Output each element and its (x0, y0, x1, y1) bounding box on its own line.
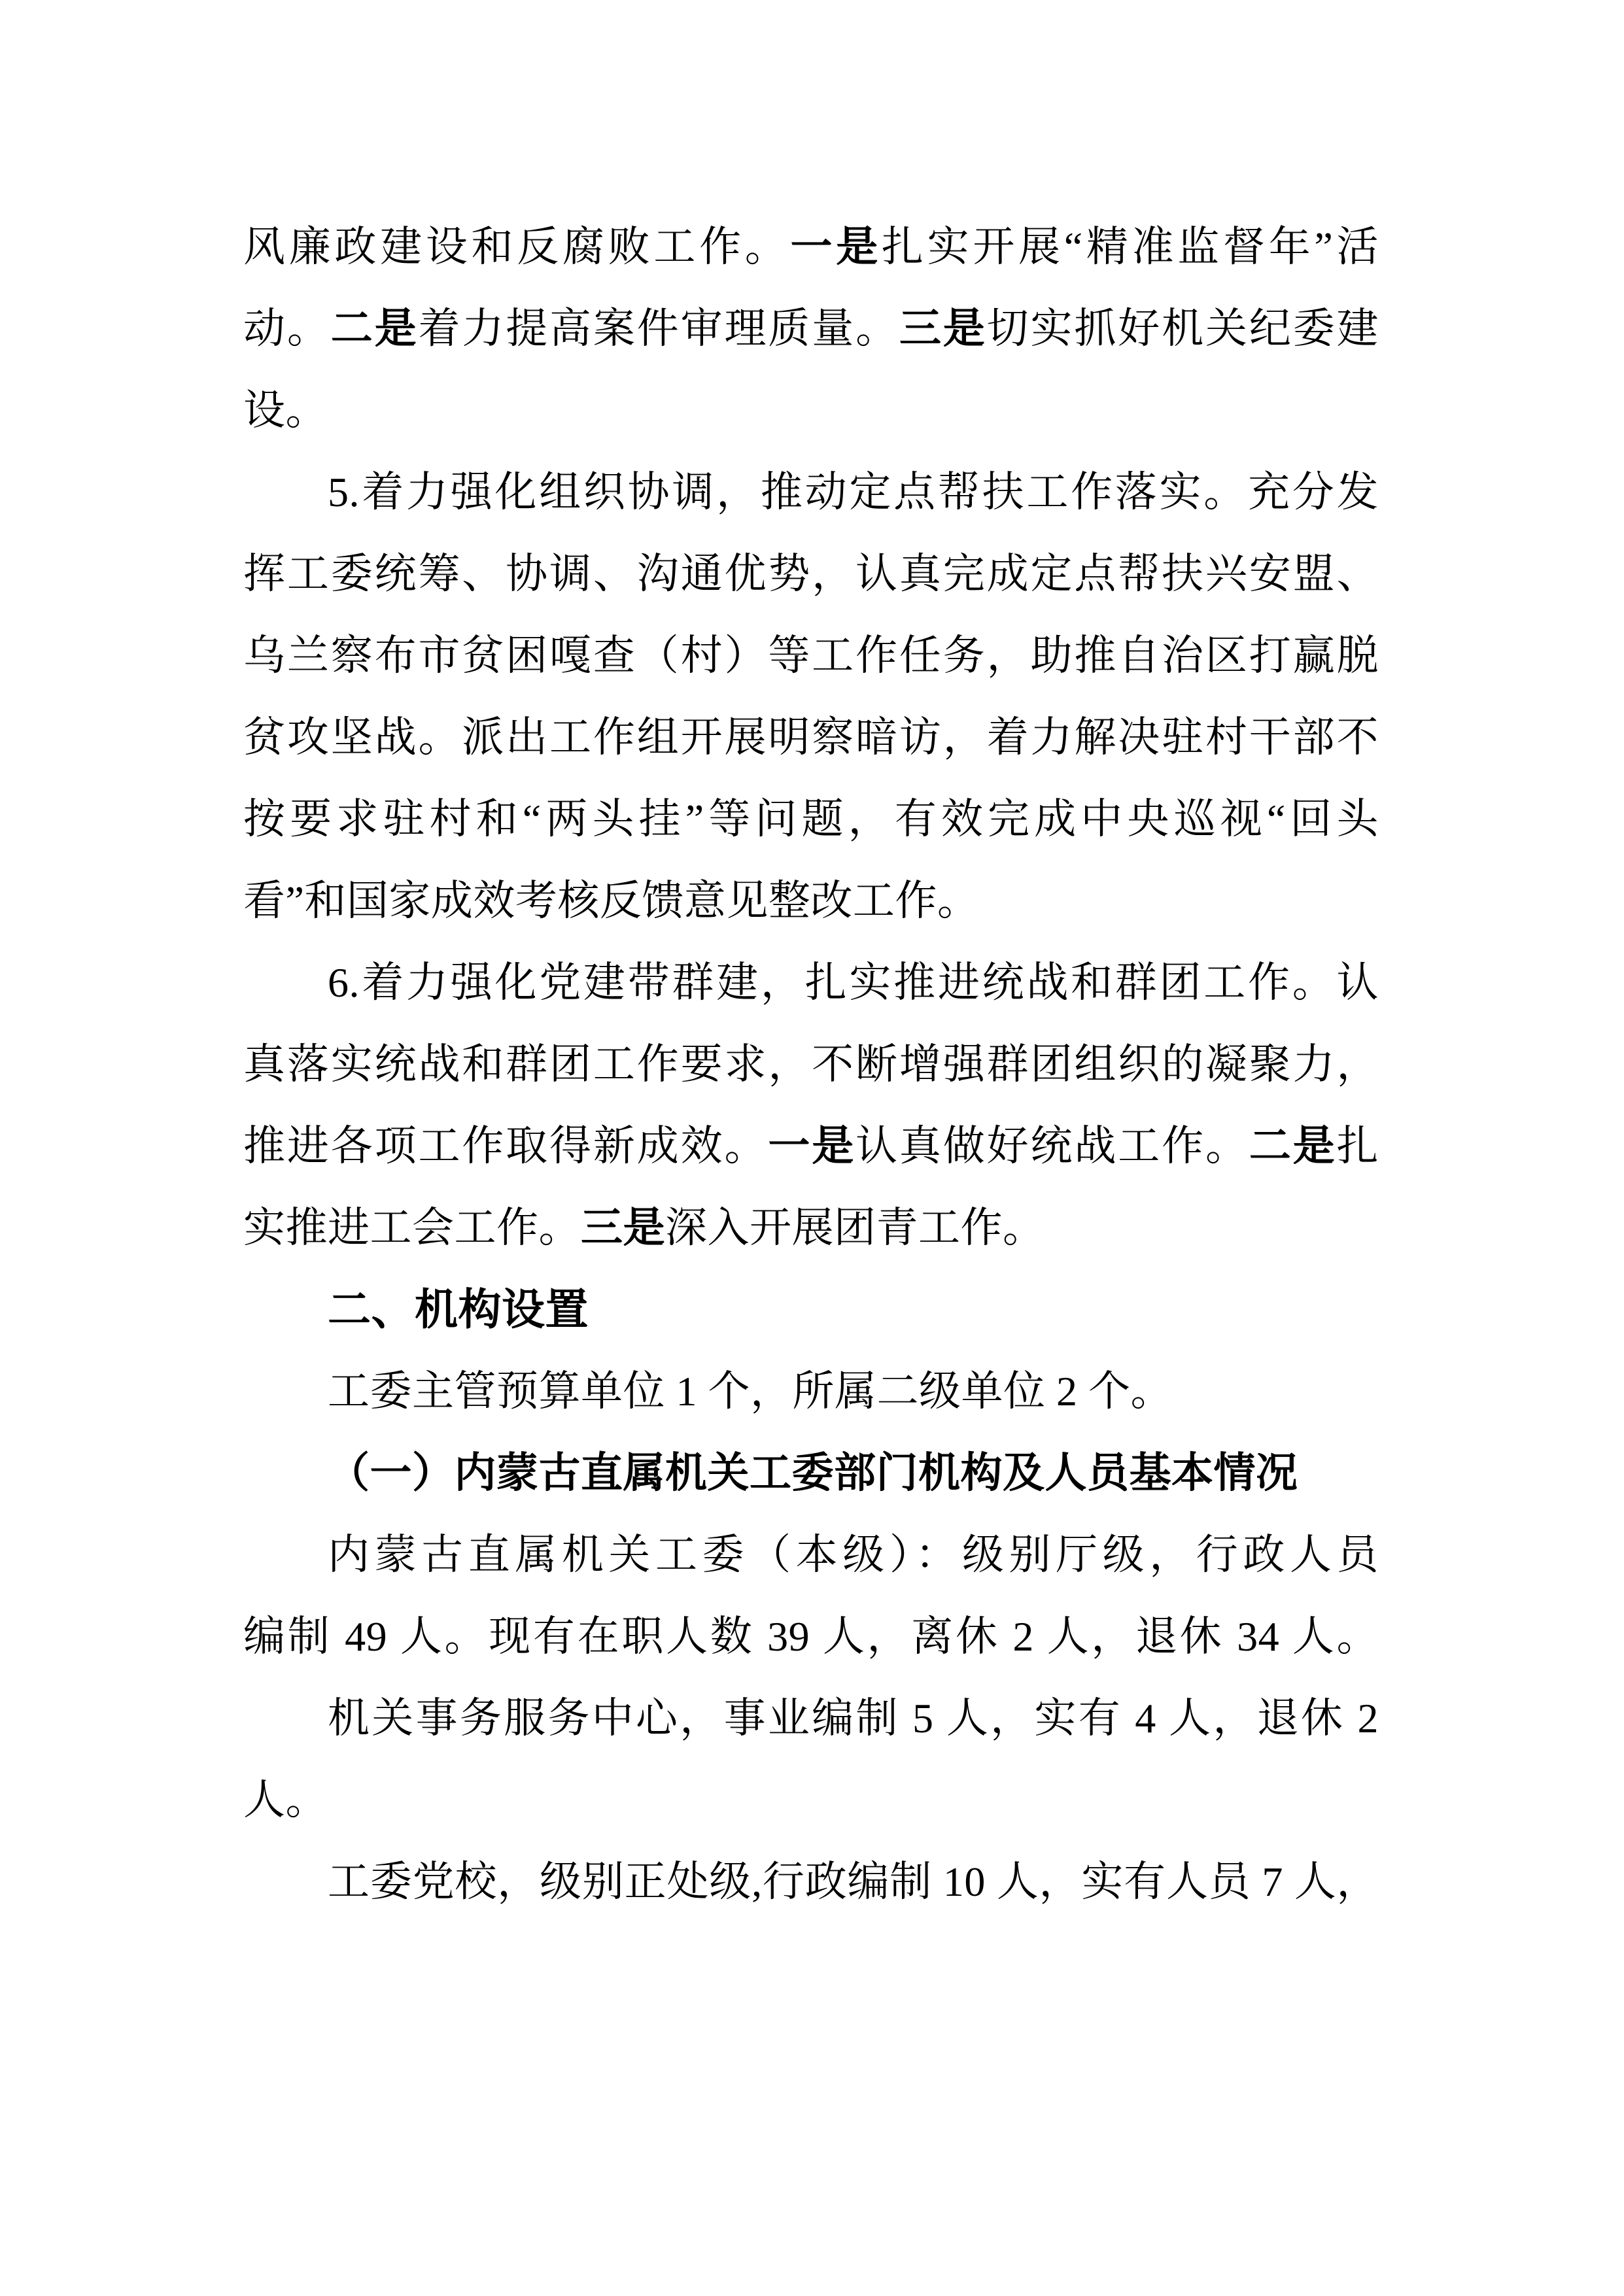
text-run: 机关事务服务中心，事业编制 5 人，实有 4 人，退休 2 (328, 1695, 1379, 1741)
text-run: 5.着力强化组织协调，推动定点帮扶工作落实。充分发 (328, 469, 1379, 515)
emphasis-run: 二是 (1249, 1122, 1337, 1169)
text-line: 实推进工会工作。三是深入开展团青工作。 (243, 1187, 1379, 1269)
document-page: { "page": { "background": "#ffffff", "te… (0, 0, 1624, 2296)
text-line: 风廉政建设和反腐败工作。一是扎实开展“精准监督年”活 (243, 206, 1379, 288)
text-run: 人。 (243, 1777, 328, 1823)
text-line: 真落实统战和群团工作要求，不断增强群团组织的凝聚力， (243, 1023, 1379, 1105)
paragraph-service-center: 机关事务服务中心，事业编制 5 人，实有 4 人，退休 2人。 (243, 1677, 1379, 1841)
text-line: 按要求驻村和“两头挂”等问题，有效完成中央巡视“回头 (243, 778, 1379, 860)
text-line: 6.着力强化党建带群建，扎实推进统战和群团工作。认 (243, 942, 1379, 1023)
text-run: 切实抓好机关纪委建 (987, 305, 1379, 352)
text-run: 扎 (1337, 1123, 1379, 1169)
text-line: 人。 (243, 1759, 1379, 1841)
text-run: 工委党校，级别正处级,行政编制 10 人，实有人员 7 人， (328, 1859, 1379, 1905)
section-heading-2: 二、机构设置 (243, 1269, 1379, 1350)
paragraph-6: 6.着力强化党建带群建，扎实推进统战和群团工作。认真落实统战和群团工作要求，不断… (243, 942, 1379, 1269)
text-run: 风廉政建设和反腐败工作。 (243, 224, 791, 270)
text-run: 挥工委统筹、协调、沟通优势，认真完成定点帮扶兴安盟、 (243, 551, 1379, 597)
text-run: 贫攻坚战。派出工作组开展明察暗访，着力解决驻村干部不 (243, 714, 1379, 761)
paragraph-5: 5.着力强化组织协调，推动定点帮扶工作落实。充分发挥工委统筹、协调、沟通优势，认… (243, 451, 1379, 942)
text-run: 6.着力强化党建带群建，扎实推进统战和群团工作。认 (328, 959, 1379, 1006)
text-run: 实推进工会工作。 (243, 1205, 581, 1251)
text-line: 看”和国家成效考核反馈意见整改工作。 (243, 860, 1379, 942)
text-run: 动。 (243, 305, 331, 352)
text-run: 扎实开展“精准监督年”活 (882, 224, 1379, 270)
text-line: 机关事务服务中心，事业编制 5 人，实有 4 人，退休 2 (243, 1677, 1379, 1759)
text-run: 设。 (243, 387, 328, 434)
text-run: 按要求驻村和“两头挂”等问题，有效完成中央巡视“回头 (243, 796, 1379, 842)
text-line: 动。二是着力提高案件审理质量。三是切实抓好机关纪委建 (243, 288, 1379, 369)
text-run: 着力提高案件审理质量。 (418, 305, 899, 352)
paragraph-party-school: 工委党校，级别正处级,行政编制 10 人，实有人员 7 人， (243, 1841, 1379, 1923)
paragraph-gongwei-benji: 内蒙古直属机关工委（本级）：级别厅级，行政人员编制 49 人。现有在职人数 39… (243, 1514, 1379, 1677)
emphasis-run: 三是 (581, 1204, 665, 1251)
text-line: 工委主管预算单位 1 个，所属二级单位 2 个。 (243, 1350, 1379, 1432)
text-run: 认真做好统战工作。 (855, 1123, 1249, 1169)
paragraph-org-overview: 工委主管预算单位 1 个，所属二级单位 2 个。 (243, 1350, 1379, 1432)
page-background: 风廉政建设和反腐败工作。一是扎实开展“精准监督年”活动。二是着力提高案件审理质量… (0, 0, 1624, 2296)
text-line: 二、机构设置 (243, 1269, 1379, 1350)
text-run: 二、机构设置 (328, 1285, 589, 1333)
document-content: 风廉政建设和反腐败工作。一是扎实开展“精准监督年”活动。二是着力提高案件审理质量… (243, 206, 1379, 1923)
subsection-heading-1: （一）内蒙古直属机关工委部门机构及人员基本情况 (243, 1432, 1379, 1514)
paragraph-continued-4: 风廉政建设和反腐败工作。一是扎实开展“精准监督年”活动。二是着力提高案件审理质量… (243, 206, 1379, 451)
text-run: 深入开展团青工作。 (665, 1205, 1045, 1251)
text-run: 内蒙古直属机关工委（本级）：级别厅级，行政人员 (328, 1532, 1379, 1578)
text-line: 工委党校，级别正处级,行政编制 10 人，实有人员 7 人， (243, 1841, 1379, 1923)
text-run: 看”和国家成效考核反馈意见整改工作。 (243, 878, 979, 924)
emphasis-run: 一是 (768, 1122, 855, 1169)
text-run: 真落实统战和群团工作要求，不断增强群团组织的凝聚力， (243, 1041, 1379, 1088)
text-line: 推进各项工作取得新成效。一是认真做好统战工作。二是扎 (243, 1105, 1379, 1187)
text-line: 编制 49 人。现有在职人数 39 人，离休 2 人，退休 34 人。 (243, 1596, 1379, 1677)
text-line: 5.着力强化组织协调，推动定点帮扶工作落实。充分发 (243, 451, 1379, 533)
text-line: 乌兰察布市贫困嘎查（村）等工作任务，助推自治区打赢脱 (243, 615, 1379, 696)
text-line: 挥工委统筹、协调、沟通优势，认真完成定点帮扶兴安盟、 (243, 533, 1379, 615)
emphasis-run: 一是 (791, 223, 882, 270)
text-line: （一）内蒙古直属机关工委部门机构及人员基本情况 (243, 1432, 1379, 1514)
text-line: 贫攻坚战。派出工作组开展明察暗访，着力解决驻村干部不 (243, 696, 1379, 778)
text-line: 内蒙古直属机关工委（本级）：级别厅级，行政人员 (243, 1514, 1379, 1596)
text-run: 推进各项工作取得新成效。 (243, 1123, 768, 1169)
text-run: 乌兰察布市贫困嘎查（村）等工作任务，助推自治区打赢脱 (243, 632, 1379, 679)
emphasis-run: 二是 (331, 305, 419, 352)
text-run: （一）内蒙古直属机关工委部门机构及人员基本情况 (328, 1449, 1298, 1496)
text-run: 编制 49 人。现有在职人数 39 人，离休 2 人，退休 34 人。 (243, 1613, 1379, 1660)
text-run: 工委主管预算单位 1 个，所属二级单位 2 个。 (328, 1368, 1173, 1414)
emphasis-run: 三是 (899, 305, 987, 352)
text-line: 设。 (243, 369, 1379, 451)
